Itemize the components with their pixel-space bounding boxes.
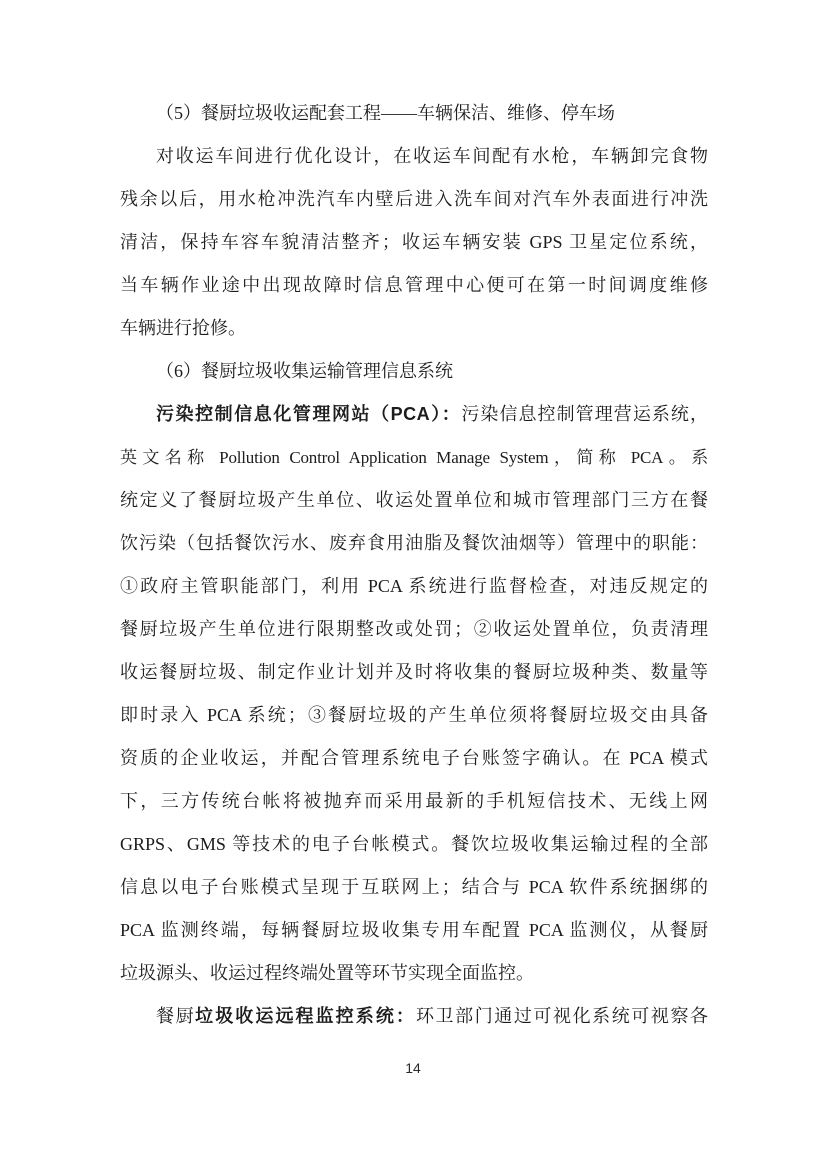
text-run: 当车辆作业途中出现故障时信息管理中心便可在第一时间调度维修 xyxy=(120,275,708,295)
bold-text-run: 垃圾收运远程监控系统： xyxy=(195,1006,416,1026)
text-line: 对收运车间进行优化设计，在收运车间配有水枪，车辆卸完食物 xyxy=(120,135,708,178)
para-vehicle-cleaning: 对收运车间进行优化设计，在收运车间配有水枪，车辆卸完食物残余以后，用水枪冲洗汽车… xyxy=(120,135,708,350)
text-run: GRPS、GMS 等技术的电子台帐模式。餐饮垃圾收集运输过程的全部 xyxy=(120,834,708,854)
text-run: 饮污染（包括餐饮污水、废弃食用油脂及餐饮油烟等）管理中的职能： xyxy=(120,533,708,553)
text-line: 信息以电子台账模式呈现于互联网上；结合与 PCA 软件系统捆绑的 xyxy=(120,866,708,909)
text-run: 统定义了餐厨垃圾产生单位、收运处置单位和城市管理部门三方在餐 xyxy=(120,490,708,510)
text-run: 环卫部门通过可视化系统可视察各 xyxy=(416,1006,708,1026)
text-run: 残余以后，用水枪冲洗汽车内壁后进入洗车间对汽车外表面进行冲洗 xyxy=(120,189,708,209)
text-line: 统定义了餐厨垃圾产生单位、收运处置单位和城市管理部门三方在餐 xyxy=(120,479,708,522)
text-run: 垃圾源头、收运过程终端处置等环节实现全面监控。 xyxy=(120,963,534,983)
section-heading-5: （5）餐厨垃圾收运配套工程——车辆保洁、维修、停车场 xyxy=(120,92,708,135)
text-run: （6）餐厨垃圾收集运输管理信息系统 xyxy=(156,361,453,381)
text-run: 车辆进行抢修。 xyxy=(120,318,246,338)
text-line: 清洁，保持车容车貌清洁整齐；收运车辆安装 GPS 卫星定位系统， xyxy=(120,221,708,264)
bold-text-run: 污染控制信息化管理网站（PCA）： xyxy=(156,404,461,424)
text-run: 对收运车间进行优化设计，在收运车间配有水枪，车辆卸完食物 xyxy=(156,146,708,166)
text-line: GRPS、GMS 等技术的电子台帐模式。餐饮垃圾收集运输过程的全部 xyxy=(120,823,708,866)
text-line: （5）餐厨垃圾收运配套工程——车辆保洁、维修、停车场 xyxy=(120,92,708,135)
text-line: 收运餐厨垃圾、制定作业计划并及时将收集的餐厨垃圾种类、数量等 xyxy=(120,651,708,694)
text-line: 残余以后，用水枪冲洗汽车内壁后进入洗车间对汽车外表面进行冲洗 xyxy=(120,178,708,221)
para-remote-monitoring: 餐厨垃圾收运远程监控系统：环卫部门通过可视化系统可视察各 xyxy=(120,995,708,1038)
text-run: 收运餐厨垃圾、制定作业计划并及时将收集的餐厨垃圾种类、数量等 xyxy=(120,662,708,682)
text-run: ①政府主管职能部门，利用 PCA 系统进行监督检查，对违反规定的 xyxy=(120,576,708,596)
document-body: （5）餐厨垃圾收运配套工程——车辆保洁、维修、停车场对收运车间进行优化设计，在收… xyxy=(120,92,708,1038)
text-run: （5）餐厨垃圾收运配套工程——车辆保洁、维修、停车场 xyxy=(156,103,615,123)
text-run: 即时录入 PCA 系统；③餐厨垃圾的产生单位须将餐厨垃圾交由具备 xyxy=(120,705,708,725)
page-number: 14 xyxy=(0,1060,826,1076)
text-line: 饮污染（包括餐饮污水、废弃食用油脂及餐饮油烟等）管理中的职能： xyxy=(120,522,708,565)
text-line: 车辆进行抢修。 xyxy=(120,307,708,350)
text-line: 餐厨垃圾产生单位进行限期整改或处罚；②收运处置单位，负责清理 xyxy=(120,608,708,651)
text-run: 资质的企业收运，并配合管理系统电子台账签字确认。在 PCA 模式 xyxy=(120,748,708,768)
text-line: 当车辆作业途中出现故障时信息管理中心便可在第一时间调度维修 xyxy=(120,264,708,307)
text-line: 垃圾源头、收运过程终端处置等环节实现全面监控。 xyxy=(120,952,708,995)
section-heading-6: （6）餐厨垃圾收集运输管理信息系统 xyxy=(120,350,708,393)
text-run: 餐厨 xyxy=(156,1006,195,1026)
text-line: （6）餐厨垃圾收集运输管理信息系统 xyxy=(120,350,708,393)
text-run: 清洁，保持车容车貌清洁整齐；收运车辆安装 GPS 卫星定位系统， xyxy=(120,232,708,252)
text-line: 污染控制信息化管理网站（PCA）：污染信息控制管理营运系统， xyxy=(120,393,708,436)
text-run: 信息以电子台账模式呈现于互联网上；结合与 PCA 软件系统捆绑的 xyxy=(120,877,708,897)
text-run: PCA 监测终端，每辆餐厨垃圾收集专用车配置 PCA 监测仪，从餐厨 xyxy=(120,920,708,940)
document-page: （5）餐厨垃圾收运配套工程——车辆保洁、维修、停车场对收运车间进行优化设计，在收… xyxy=(0,0,826,1169)
text-line: ①政府主管职能部门，利用 PCA 系统进行监督检查，对违反规定的 xyxy=(120,565,708,608)
text-line: 即时录入 PCA 系统；③餐厨垃圾的产生单位须将餐厨垃圾交由具备 xyxy=(120,694,708,737)
text-run: 餐厨垃圾产生单位进行限期整改或处罚；②收运处置单位，负责清理 xyxy=(120,619,708,639)
para-pca-system: 污染控制信息化管理网站（PCA）：污染信息控制管理营运系统，英文名称 Pollu… xyxy=(120,393,708,995)
text-line: PCA 监测终端，每辆餐厨垃圾收集专用车配置 PCA 监测仪，从餐厨 xyxy=(120,909,708,952)
text-line: 下，三方传统台帐将被抛弃而采用最新的手机短信技术、无线上网 xyxy=(120,780,708,823)
text-line: 资质的企业收运，并配合管理系统电子台账签字确认。在 PCA 模式 xyxy=(120,737,708,780)
text-line: 餐厨垃圾收运远程监控系统：环卫部门通过可视化系统可视察各 xyxy=(120,995,708,1038)
text-line: 英文名称 Pollution Control Application Manag… xyxy=(120,436,708,479)
text-run: 下，三方传统台帐将被抛弃而采用最新的手机短信技术、无线上网 xyxy=(120,791,708,811)
text-run: 污染信息控制管理营运系统， xyxy=(461,404,708,424)
text-run: 英文名称 Pollution Control Application Manag… xyxy=(120,448,708,467)
